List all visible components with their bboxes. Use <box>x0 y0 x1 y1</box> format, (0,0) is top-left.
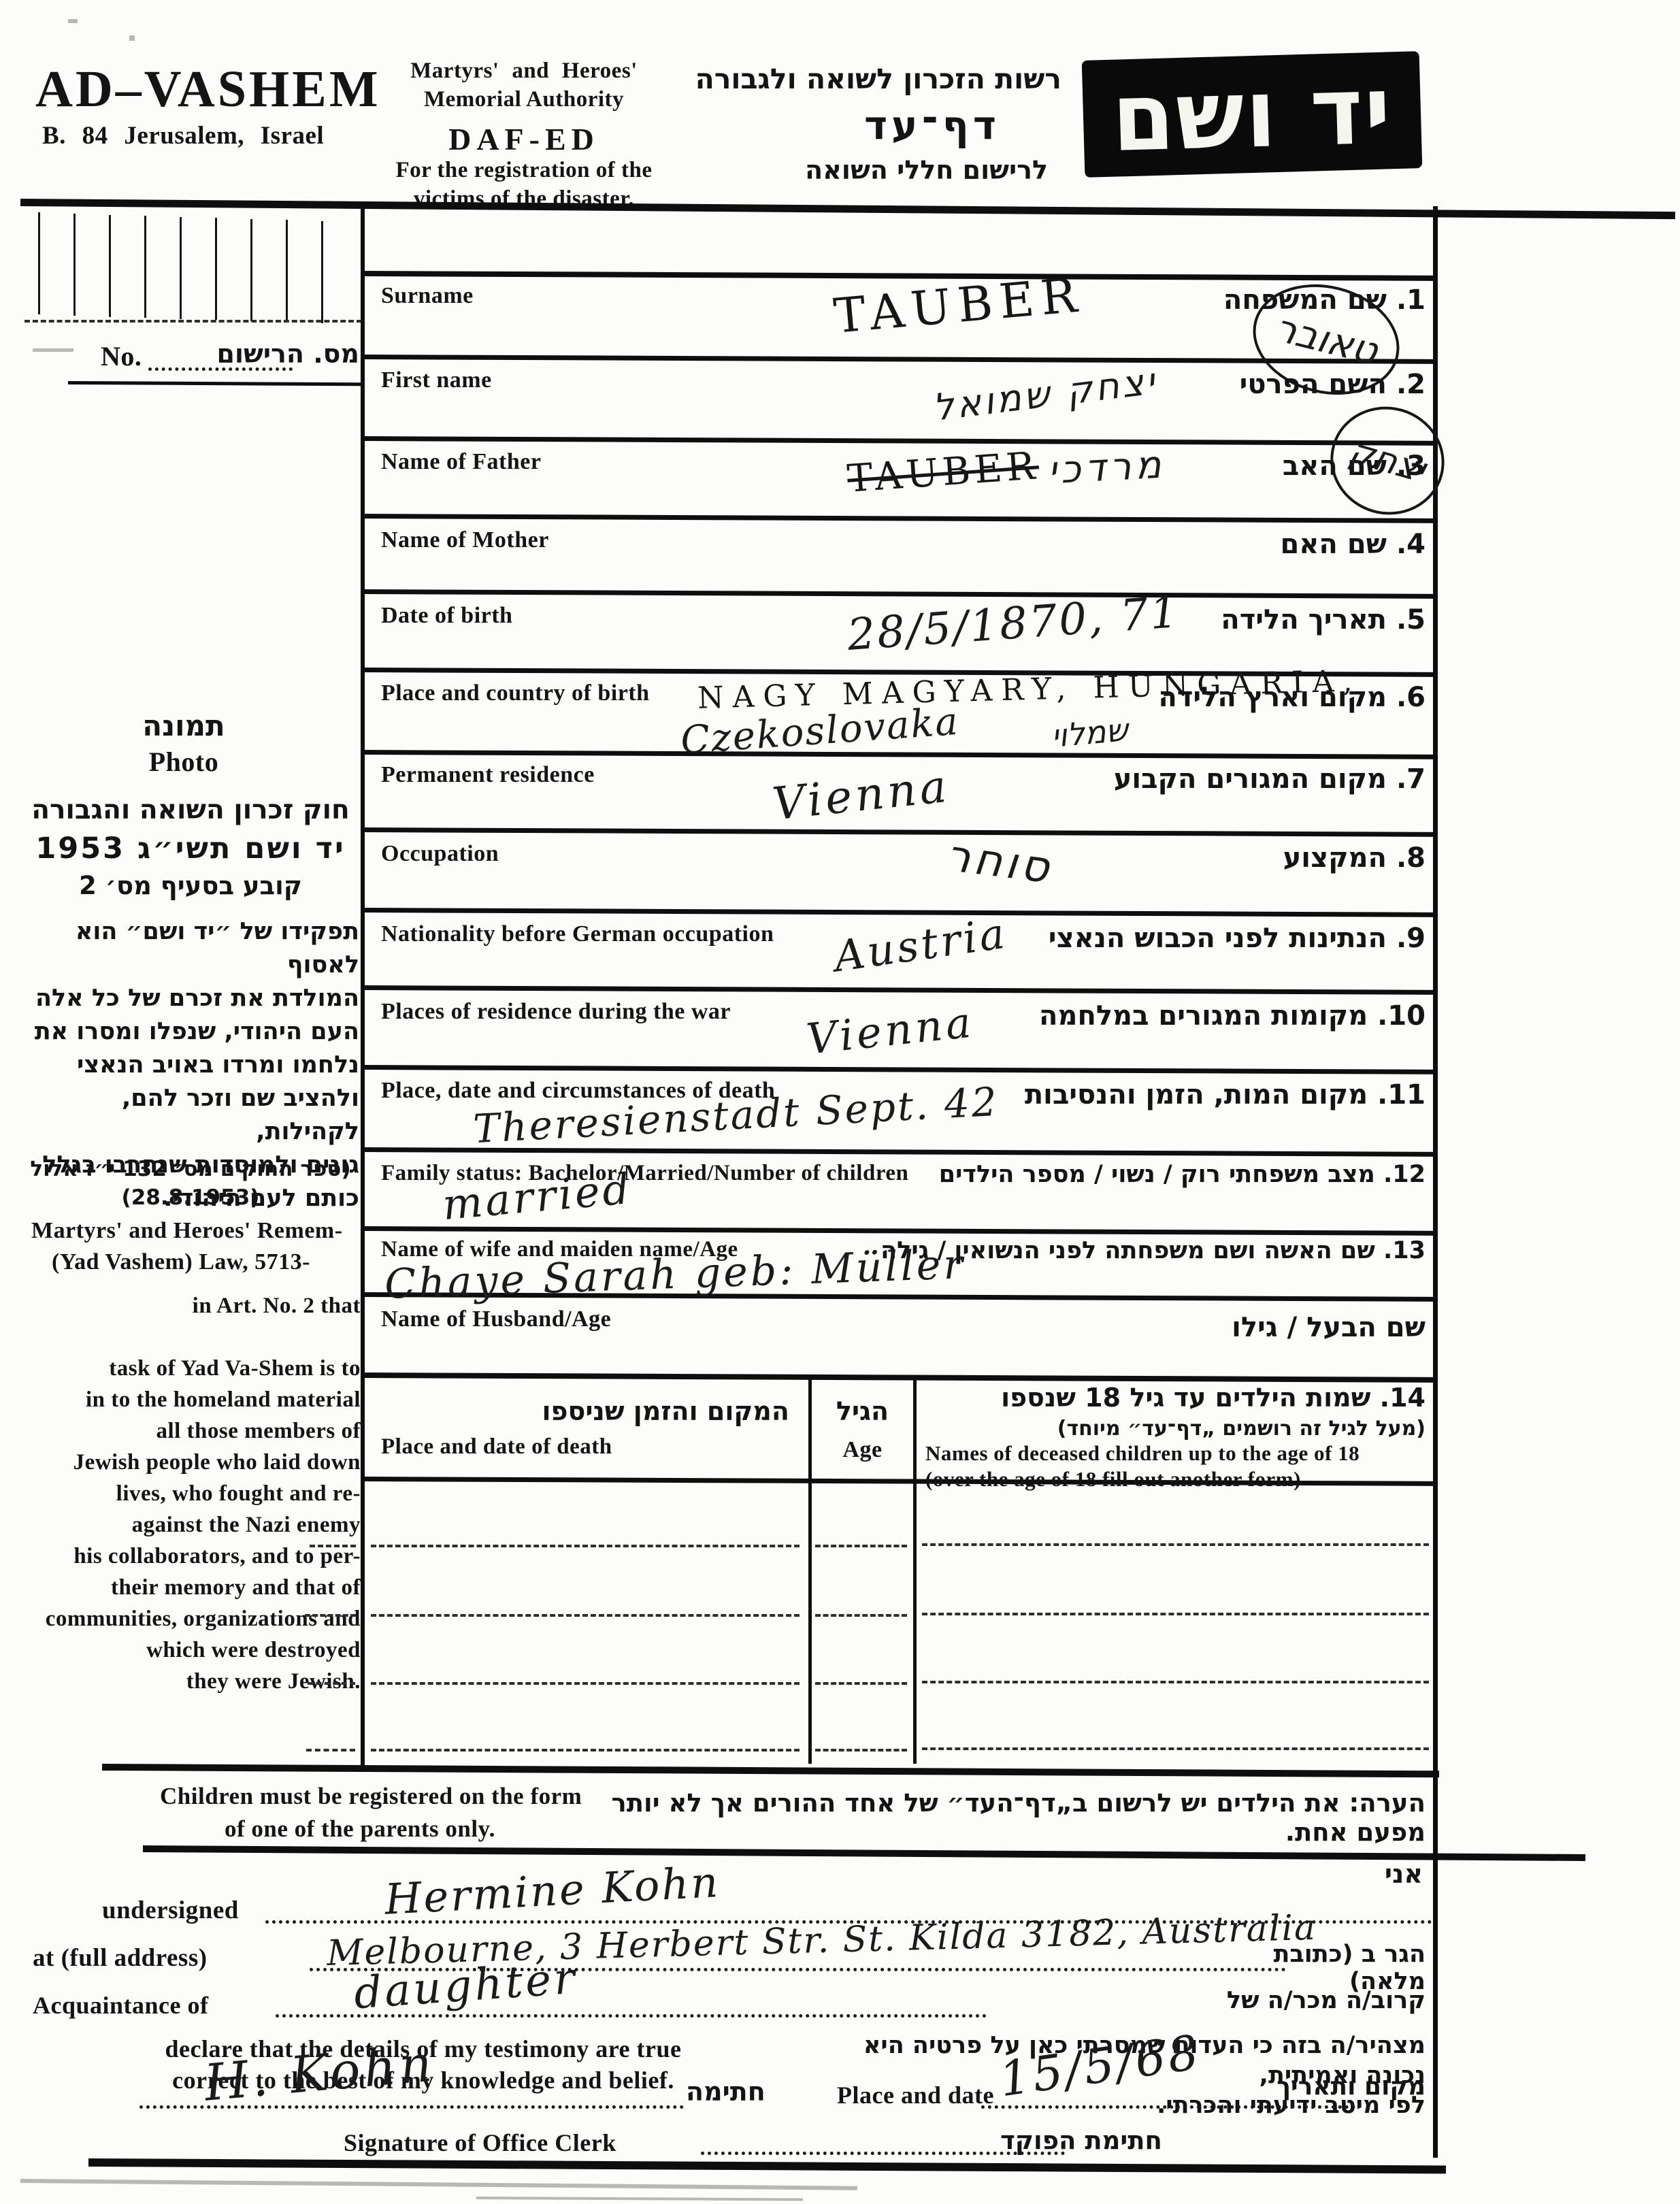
row-label-war-residence: Places of residence during the war <box>381 999 731 1025</box>
tick-line <box>286 220 288 322</box>
row-label-he-text: תאריך הלידה <box>1221 604 1387 636</box>
tick-line <box>38 212 40 314</box>
row-label-he-text: הנתינות לפני הכבוש הנאצי <box>1049 923 1387 954</box>
tick-line <box>250 219 252 321</box>
scan-smudge <box>476 2197 803 2201</box>
row-label-family-status-he: 12. מצב משפחתי רוק / נשוי / מספר הילדים <box>939 1161 1426 1188</box>
row-label-father: Name of Father <box>381 449 541 475</box>
clerk-signature-label: Signature of Office Clerk <box>344 2128 616 2157</box>
org-address: B. 84 Jerusalem, Israel <box>42 121 324 150</box>
row-number: 11. <box>1377 1079 1426 1111</box>
tick-line <box>73 214 76 316</box>
children-age-header-he: הגיל <box>813 1396 912 1426</box>
note-en-line1: Children must be registered on the form <box>160 1783 582 1810</box>
photo-label-hebrew: תמונה <box>75 709 293 742</box>
row-label-surname: Surname <box>381 283 474 309</box>
row-rule <box>363 436 1435 446</box>
row-label-birthplace: Place and country of birth <box>381 680 650 706</box>
children-row-guide <box>922 1747 1429 1750</box>
nationality-handwriting: Austria <box>831 908 1010 982</box>
dob-handwriting: 28/5/1870, 71 <box>846 587 1181 661</box>
row-label-death-he: 11. מקום המות, הזמן והנסיבות <box>1025 1079 1426 1111</box>
children-row-guide <box>815 1614 907 1617</box>
registration-no-label: No. <box>101 340 142 372</box>
form-code: DAF-ED <box>367 121 680 157</box>
row-label-nationality-he: 9. הנתינות לפני הכבוש הנאצי <box>1049 923 1426 954</box>
scan-speckle <box>33 348 73 352</box>
row-rule <box>363 827 1435 837</box>
row-label-residence: Permanent residence <box>381 762 595 788</box>
children-row-guide <box>922 1681 1429 1683</box>
row-label-he-text: מצב משפחתי רוק / נשוי / מספר הילדים <box>939 1161 1375 1188</box>
row-rule <box>363 1372 1435 1383</box>
scan-smudge <box>20 2179 857 2190</box>
law-ref-he-2: (28.8.1953) <box>27 1185 354 1210</box>
occupation-handwriting: סוחר <box>943 831 1055 894</box>
tick-line <box>109 215 111 317</box>
children-names-header-he-text: שמות הילדים עד גיל 18 שנספו <box>1001 1383 1370 1413</box>
row-rule <box>363 908 1435 917</box>
row-label-husband-he: שם הבעל / גילו <box>1232 1312 1426 1343</box>
row-rule <box>363 1226 1435 1236</box>
birthplace-hebrew-handwriting: שמלוי <box>1050 711 1130 755</box>
children-row-guide <box>371 1682 800 1685</box>
row-label-he-text: מקום המות, הזמן והנסיבות <box>1025 1079 1368 1111</box>
row-label-he-text: מקומות המגורים במלחמה <box>1039 1000 1368 1032</box>
surname-hebrew-handwriting: טאובר <box>1270 306 1382 374</box>
address-label: at (full address) <box>33 1943 208 1973</box>
children-row-guide <box>815 1682 907 1685</box>
row-rule <box>363 750 1435 759</box>
place-date-label: Place and date <box>837 2081 994 2109</box>
war-residence-handwriting: Vienna <box>804 997 976 1064</box>
row-rule <box>363 514 1435 523</box>
note-top-rule <box>102 1764 1439 1777</box>
tick-strip-bottom-rule <box>24 320 362 323</box>
purpose-hebrew: לרישום חללי השואה <box>680 155 1048 185</box>
registration-no-label-hebrew: מס. הרישום <box>204 339 359 369</box>
undersigned-handwriting: Hermine Kohn <box>383 1857 721 1924</box>
children-age-header-en: Age <box>813 1437 912 1463</box>
page-bottom-rule <box>88 2158 1446 2173</box>
tick-line <box>215 218 217 320</box>
firstname-handwriting: יצחק שמואל <box>930 359 1159 429</box>
row-number: 7. <box>1396 763 1426 795</box>
residence-handwriting: Vienna <box>770 760 953 831</box>
row-number: 13. <box>1383 1237 1426 1264</box>
row-number: 8. <box>1396 842 1426 874</box>
row-label-father-he: 3. שם האב <box>1283 450 1426 482</box>
registration-tick-strip <box>24 212 365 316</box>
acquaintance-label-he: קרוב/ה מכר/ה של <box>1201 1987 1426 2014</box>
row-guide-stub <box>310 1545 356 1547</box>
row-label-he-text: המקצוע <box>1283 842 1387 874</box>
children-place-header-en: Place and date of death <box>381 1434 612 1460</box>
children-names-header-en: Names of deceased children up to the age… <box>925 1441 1360 1466</box>
clerk-signature-label-he: חתימת הפוקד <box>1000 2126 1162 2155</box>
row-number: 5. <box>1396 604 1426 636</box>
children-col-divider-2 <box>913 1376 917 1764</box>
children-row-guide <box>371 1545 800 1547</box>
children-names-header-he: 14. שמות הילדים עד גיל 18 שנספו <box>1001 1383 1426 1413</box>
row-label-war-residence-he: 10. מקומות המגורים במלחמה <box>1039 1000 1426 1032</box>
place-date-line <box>981 2105 1355 2109</box>
row-label-firstname: First name <box>381 367 492 393</box>
row-rule <box>363 271 1435 281</box>
children-place-header-he: המקום והזמן שניספו <box>381 1396 789 1426</box>
row-number: 3. <box>1396 450 1426 482</box>
row-label-dob-he: 5. תאריך הלידה <box>1221 604 1426 636</box>
authority-hebrew: רשות הזכרון לשואה ולגבורה <box>680 63 1061 95</box>
tick-line <box>180 217 182 319</box>
row-label-he-text: מקום המגורים הקבוע <box>1114 763 1387 795</box>
row-guide-stub <box>308 1682 355 1685</box>
row-number: 4. <box>1396 529 1426 560</box>
children-names-header-he-2: (מעל לגיל זה רושמים „דף־עד״ מיוחד) <box>922 1417 1426 1441</box>
daf-ed-testimony-form-scan: AD–VASHEM B. 84 Jerusalem, Israel Martyr… <box>0 0 1680 2204</box>
row-number: 9. <box>1396 923 1426 954</box>
registration-row-rule <box>68 381 361 386</box>
children-row-guide <box>815 1545 907 1547</box>
children-row-guide <box>815 1749 907 1751</box>
tick-line <box>144 216 146 318</box>
authority-line2: Memorial Authority <box>367 87 680 112</box>
note-bottom-rule <box>143 1845 1585 1861</box>
signature-label-he: חתימה <box>686 2077 765 2107</box>
place-date-label-he: מקום ותאריך <box>1249 2073 1426 2101</box>
law-body-en: in Art. No. 2 that task of Yad Va-Shem i… <box>31 1290 361 1697</box>
authority-line1: Martyrs' and Heroes' <box>367 59 680 84</box>
law-title-he-3: קובע בסעיף מס׳ 2 <box>27 871 354 900</box>
law-title-he-1: חוק זכרון השואה והגבורה <box>27 795 354 825</box>
row-rule <box>363 985 1435 995</box>
law-title-en-1: Martyrs' and Heroes' Remem- <box>31 1218 358 1244</box>
row-rule <box>363 589 1435 599</box>
row-label-he-text: שם האם <box>1280 529 1387 560</box>
table-border-right <box>1433 206 1438 2158</box>
undersigned-label: undersigned <box>102 1896 239 1925</box>
row-label-occupation-he: 8. המקצוע <box>1283 842 1426 874</box>
children-row-guide <box>371 1614 800 1617</box>
row-label-mother: Name of Mother <box>381 527 549 553</box>
law-title-en-2: (Yad Vashem) Law, 5713- <box>52 1249 365 1275</box>
law-ref-he-1: (ספר החוקים מס׳ 132 י״ז אלול <box>27 1157 354 1181</box>
form-code-hebrew: דף־עד <box>680 102 1000 148</box>
purpose-line1: For the registration of the <box>367 158 680 183</box>
row-label-husband: Name of Husband/Age <box>381 1306 611 1332</box>
row-guide-stub <box>306 1749 355 1751</box>
row-label-he-text: השם הפרטי <box>1240 369 1387 400</box>
row-label-mother-he: 4. שם האם <box>1280 529 1426 560</box>
note-en-line2: of one of the parents only. <box>225 1815 495 1843</box>
children-row-guide <box>922 1543 1429 1546</box>
photo-label-en: Photo <box>75 746 293 778</box>
row-label-nationality: Nationality before German occupation <box>381 921 774 947</box>
org-name: AD–VASHEM <box>35 60 381 119</box>
row-label-occupation: Occupation <box>381 841 499 867</box>
row-label-firstname-he: 2. השם הפרטי <box>1240 369 1426 400</box>
scan-speckle <box>129 35 135 41</box>
row-rule <box>363 1065 1435 1074</box>
row-label-dob: Date of birth <box>381 603 512 629</box>
note-he: הערה: את הילדים יש לרשום ב„דף־העד״ של אח… <box>534 1788 1426 1847</box>
children-row-guide <box>922 1613 1429 1615</box>
children-col-divider-1 <box>808 1376 812 1764</box>
row-label-residence-he: 7. מקום המגורים הקבוע <box>1114 763 1426 795</box>
row-number: 1. <box>1396 284 1426 316</box>
children-names-header-en-2: (over the age of 18 fill out another for… <box>925 1467 1301 1492</box>
father-struck-handwriting: TAUBER <box>846 444 1040 501</box>
children-row-guide <box>371 1749 800 1751</box>
acquaintance-label: Acquaintance of <box>33 1991 209 2020</box>
father-hebrew-handwriting: מרדכי <box>1047 443 1166 493</box>
row-label-he-text: שם האב <box>1283 450 1387 482</box>
row-number: 12. <box>1383 1161 1426 1188</box>
row-number: 10. <box>1377 1000 1426 1032</box>
row-number: 6. <box>1396 682 1426 713</box>
row-number: 14. <box>1380 1383 1426 1413</box>
scan-speckle <box>68 19 78 23</box>
tick-line <box>321 221 323 323</box>
row-guide-stub <box>305 1614 356 1617</box>
row-number: 2. <box>1396 369 1426 400</box>
yad-vashem-logo-text: יד ושם <box>1110 55 1394 173</box>
declaration-i-he: אני <box>1385 1859 1423 1889</box>
law-title-he-2: יד ושם תשי״ג 1953 <box>27 832 354 866</box>
yad-vashem-logo: יד ושם <box>1082 51 1423 178</box>
